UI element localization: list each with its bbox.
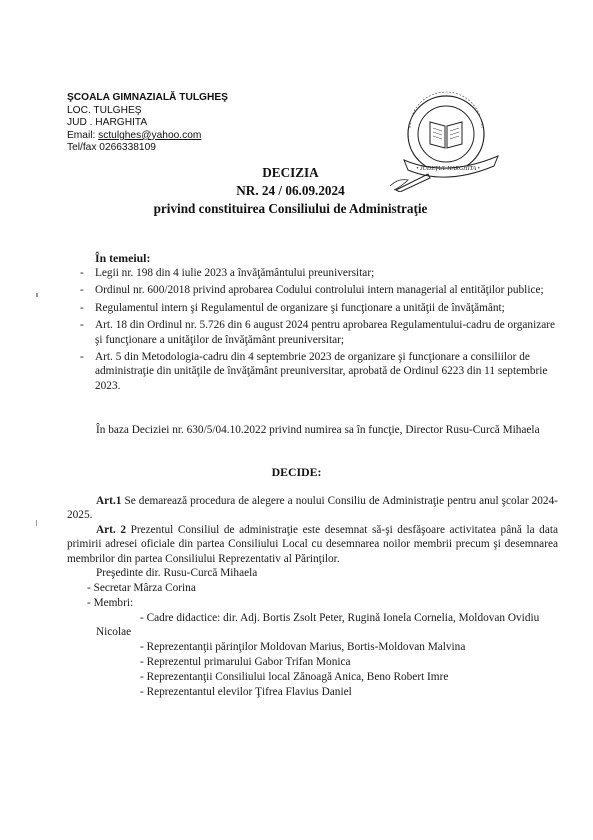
council-president: Preşedinte dir. Rusu-Curcă Mihaela — [96, 566, 257, 580]
members-teachers: - Cadre didactice: dir. Adj. Bortis Zsol… — [96, 611, 566, 640]
locality: LOC. TULGHEŞ — [67, 105, 228, 118]
temeiul-heading: În temeiul: — [95, 251, 150, 265]
list-item: -Legii nr. 198 din 4 iulie 2023 a învăţă… — [80, 266, 560, 280]
article-1-label: Art.1 — [96, 495, 121, 507]
email-label: Email: — [67, 130, 98, 141]
document-page: ŞCOALA GIMNAZIALĂ TULGHEŞ LOC. TULGHEŞ J… — [0, 0, 593, 840]
legal-basis-list: -Legii nr. 198 din 4 iulie 2023 a învăţă… — [80, 266, 560, 396]
school-header: ŞCOALA GIMNAZIALĂ TULGHEŞ LOC. TULGHEŞ J… — [67, 92, 228, 155]
school-name: ŞCOALA GIMNAZIALĂ TULGHEŞ — [67, 92, 228, 105]
article-2-label: Art. 2 — [96, 524, 126, 536]
decision-number: NR. 24 / 06.09.2024 — [0, 183, 587, 199]
council-members-label: - Membri: — [87, 596, 133, 610]
phone: Tel/fax 0266338109 — [67, 142, 228, 155]
email-line: Email: sctulghes@yahoo.com — [67, 130, 228, 143]
list-item: -Art. 5 din Metodologia-cadru din 4 sept… — [80, 350, 560, 393]
scan-speck — [36, 520, 37, 526]
list-item: -Art. 18 din Ordinul nr. 5.726 din 6 aug… — [80, 318, 560, 347]
article-2: Art. 2 Prezentul Consiliul de administra… — [67, 523, 558, 566]
county: JUD . HARGHITA — [67, 117, 228, 130]
list-item: -Regulamentul intern şi Regulamentul de … — [80, 301, 560, 315]
list-item: -Ordinul nr. 600/2018 privind aprobarea … — [80, 283, 560, 297]
email-link[interactable]: sctulghes@yahoo.com — [98, 130, 201, 141]
article-1-text: Se demarează procedura de alegere a noul… — [67, 495, 558, 521]
decision-title: DECIZIA — [0, 165, 587, 181]
members-local-council: - Reprezentanţii Consiliului local Zănoa… — [140, 670, 448, 684]
decide-heading: DECIDE: — [0, 465, 593, 480]
scan-speck — [36, 293, 38, 297]
article-1: Art.1 Se demarează procedura de alegere … — [67, 494, 558, 523]
members-parents: - Reprezentanţii părinţilor Moldovan Mar… — [140, 640, 465, 654]
article-2-text: Prezentul Consiliul de administraţie est… — [67, 524, 558, 565]
decision-subject: privind constituirea Consiliului de Admi… — [0, 201, 587, 217]
council-secretary: - Secretar Mârza Corina — [87, 581, 196, 595]
members-mayor-rep: - Reprezentul primarului Gabor Trifan Mo… — [140, 655, 351, 669]
members-students: - Reprezentantul elevilor Ţifrea Flavius… — [140, 685, 352, 699]
appointment-basis: În baza Deciziei nr. 630/5/04.10.2022 pr… — [96, 423, 556, 437]
